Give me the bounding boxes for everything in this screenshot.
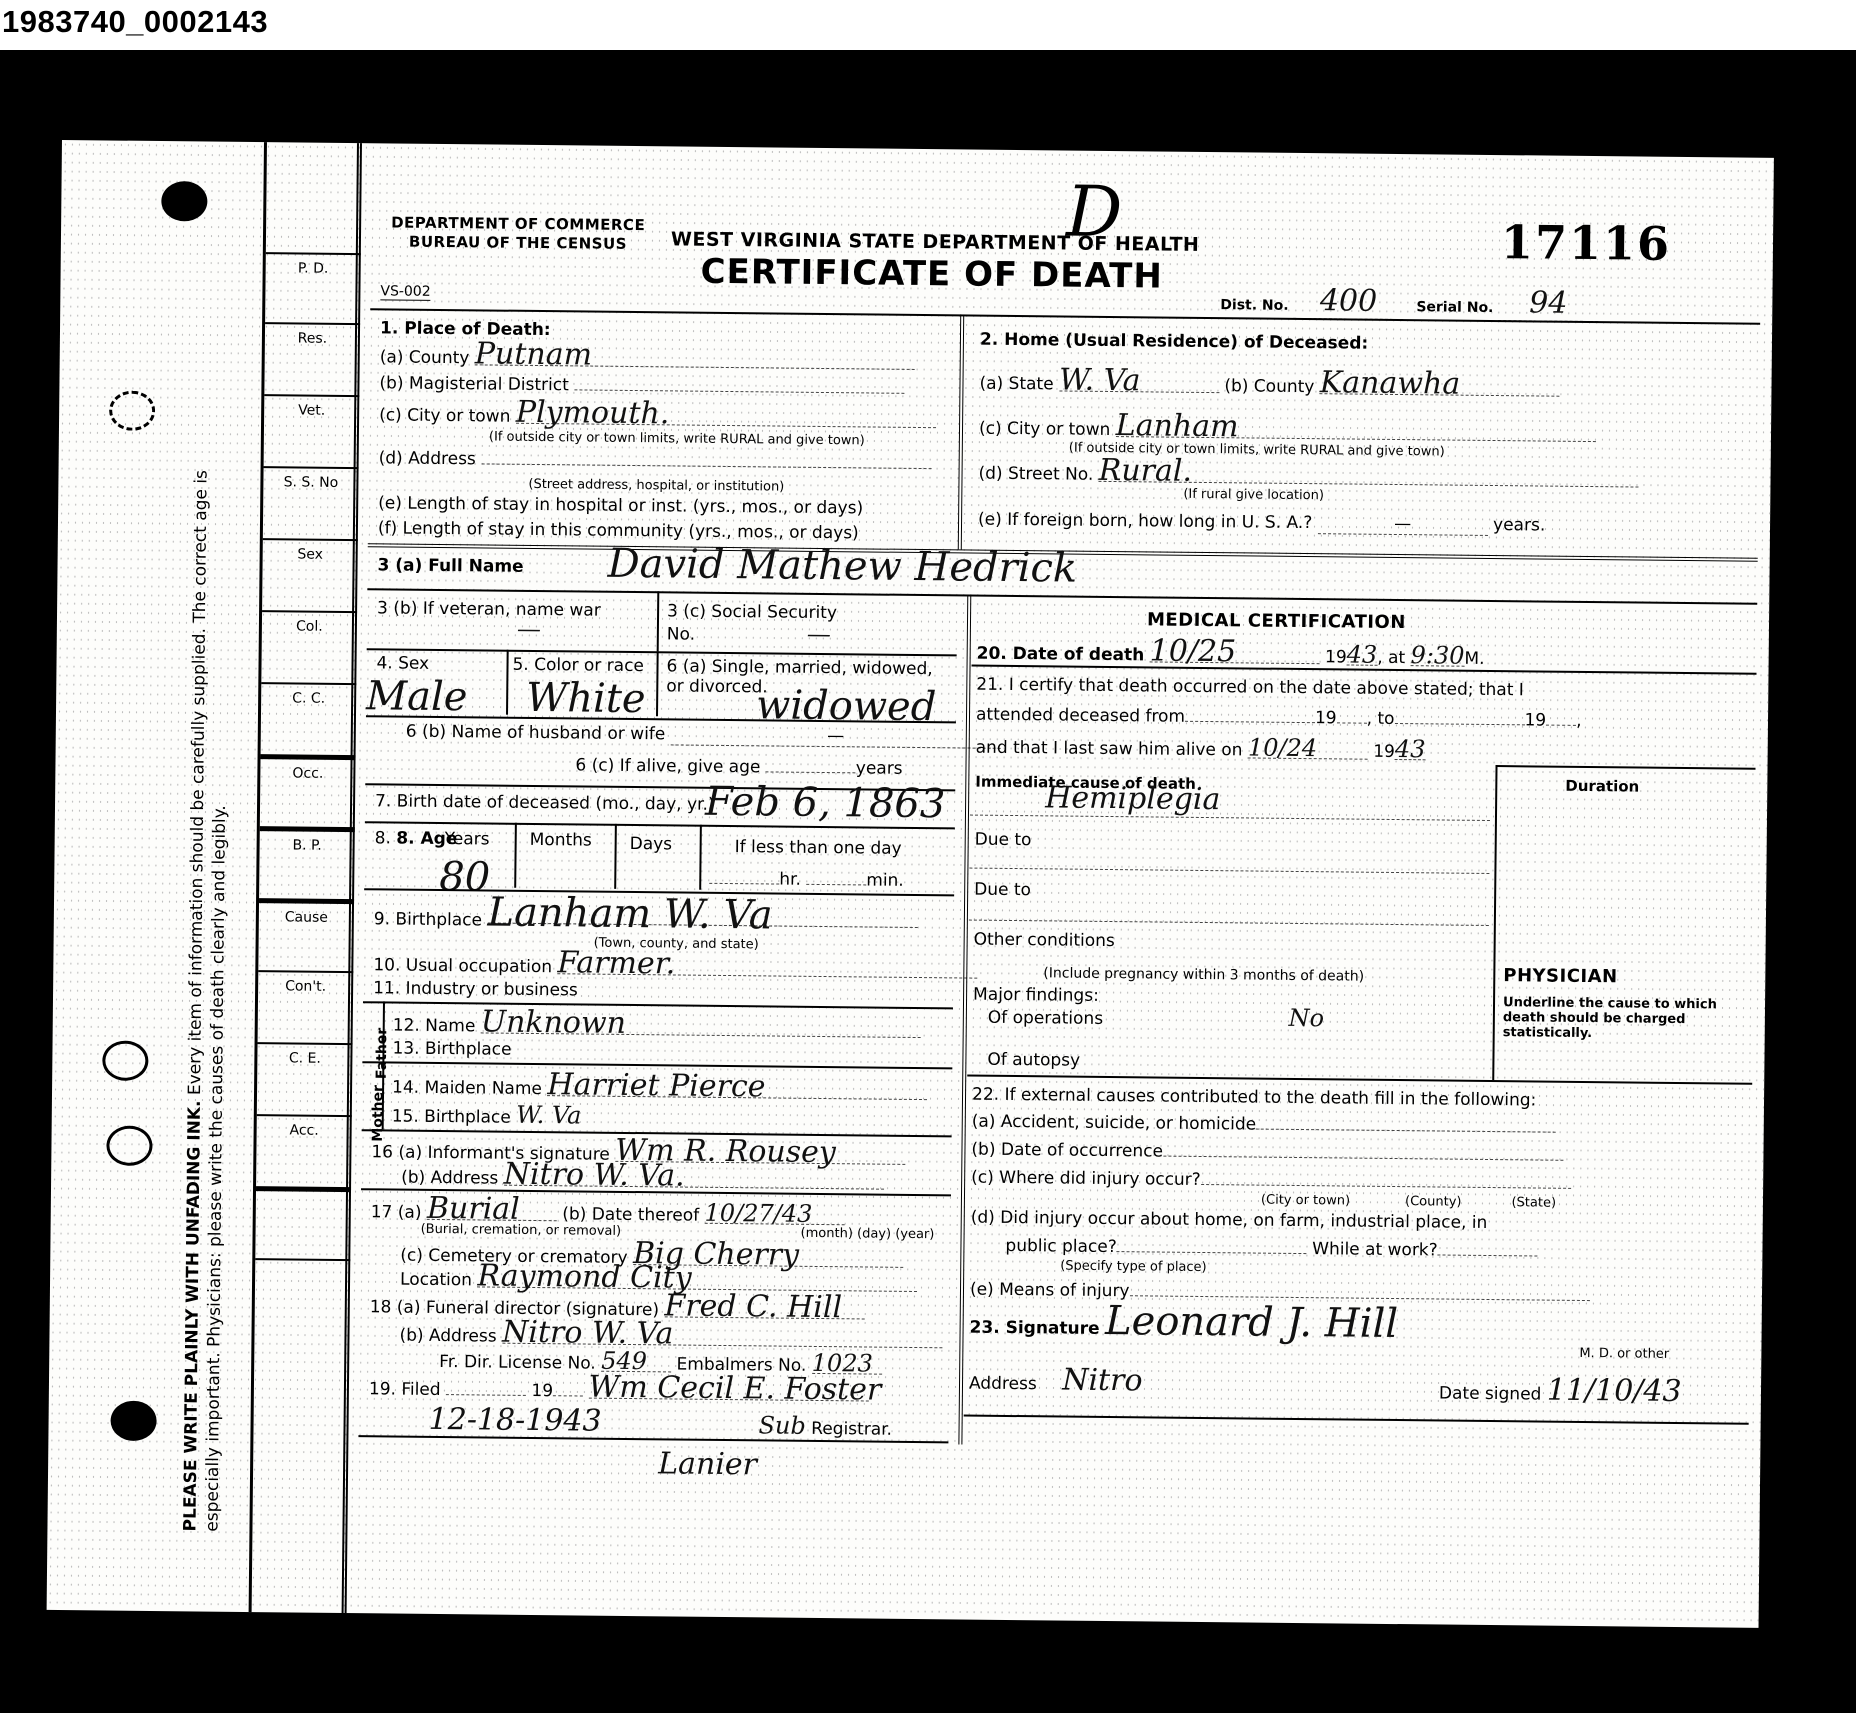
punch-hole-icon xyxy=(161,181,207,221)
death-city-field: (c) City or town Plymouth. xyxy=(379,401,936,431)
coding-column: P. D. Res. Vet. S. S. No Sex Col. C. C. … xyxy=(252,142,362,1613)
filed-date-value: 12-18-1943 xyxy=(428,1402,601,1439)
physician-address-field: Address Nitro xyxy=(969,1370,1143,1396)
funeral-director-address-field: (b) Address Nitro W. Va xyxy=(399,1322,942,1352)
code-cell: C. C. xyxy=(261,682,357,755)
code-cell: Con't. xyxy=(258,970,354,1043)
physician-signature-field: 23. Signature Leonard J. Hill xyxy=(970,1310,1399,1342)
code-cell: Col. xyxy=(261,610,357,683)
margin-instructions: PLEASE WRITE PLAINLY WITH UNFADING INK. … xyxy=(179,470,234,1532)
death-district-field: (b) Magisterial District xyxy=(379,373,904,398)
document-title: CERTIFICATE OF DEATH xyxy=(700,252,1163,297)
image-id: 1983740_0002143 xyxy=(2,4,268,40)
dist-no-value: 400 xyxy=(1293,283,1403,320)
code-cell xyxy=(255,1258,351,1331)
code-cell: Res. xyxy=(264,322,360,395)
form-body: DEPARTMENT OF COMMERCE BUREAU OF THE CEN… xyxy=(357,143,1767,1628)
immediate-cause-value: Hemiplegia xyxy=(1045,780,1221,817)
death-address-field: (d) Address xyxy=(379,448,932,474)
punch-hole-icon xyxy=(109,391,155,431)
home-foreign-field: (e) If foreign born, how long in U. S. A… xyxy=(978,510,1545,537)
death-county-field: (a) County Putnam xyxy=(380,343,915,373)
date-signed-field: Date signed 11/10/43 xyxy=(1439,1379,1682,1406)
home-street-field: (d) Street No. Rural. xyxy=(978,460,1638,491)
race-value: White xyxy=(526,675,646,722)
federal-department: DEPARTMENT OF COMMERCE BUREAU OF THE CEN… xyxy=(391,213,645,254)
informant-address-field: (b) Address Nitro W. Va. xyxy=(401,1164,884,1193)
medical-certification-heading: MEDICAL CERTIFICATION xyxy=(1147,609,1406,633)
form-number: VS-002 xyxy=(380,283,430,301)
birthplace-field: 9. Birthplace Lanham W. Va xyxy=(374,901,918,935)
occupation-field: 10. Usual occupation Farmer. xyxy=(373,951,977,981)
spouse-age-field: 6 (c) If alive, give age years xyxy=(575,755,902,778)
death-certificate: PLEASE WRITE PLAINLY WITH UNFADING INK. … xyxy=(47,140,1774,1628)
handwritten-mark: D xyxy=(1066,171,1123,254)
punch-hole-icon xyxy=(110,1401,156,1441)
certificate-number: 17116 xyxy=(1501,215,1672,271)
home-state-field: (a) State W. Va (b) County Kanawha xyxy=(979,370,1560,400)
full-name-value: David Mathew Hedrick xyxy=(607,541,1077,592)
code-cell: C. E. xyxy=(257,1042,353,1115)
punch-hole-icon xyxy=(102,1040,148,1080)
district-serial: Dist. No. 400 Serial No. 94 xyxy=(1220,282,1598,322)
code-cell: P. D. xyxy=(265,252,361,323)
code-cell: B. P. xyxy=(259,826,355,899)
code-cell: Sex xyxy=(262,538,358,611)
last-seen-field: and that I last saw him alive on 10/24 1… xyxy=(976,735,1426,763)
left-margin: PLEASE WRITE PLAINLY WITH UNFADING INK. … xyxy=(47,140,267,1612)
registrar-place-value: Lanier xyxy=(658,1446,757,1482)
mother-maiden-field: 14. Maiden Name Harriet Pierce xyxy=(392,1074,927,1104)
code-cell: Acc. xyxy=(256,1114,352,1187)
father-name-field: 12. Name Unknown xyxy=(393,1012,921,1042)
code-cell xyxy=(255,1186,351,1259)
code-cell: S. S. No xyxy=(263,466,359,539)
code-cell: Cause xyxy=(258,898,354,971)
image-header: 1983740_0002143 xyxy=(0,0,1856,50)
sex-value: Male xyxy=(366,673,468,720)
age-years-value: 80 xyxy=(439,854,490,901)
physician-heading: PHYSICIAN xyxy=(1503,965,1618,987)
code-cell: Vet. xyxy=(264,394,360,467)
serial-no-value: 94 xyxy=(1498,285,1598,322)
filed-field: 19. Filed 19 Wm Cecil E. Foster xyxy=(369,1375,869,1404)
punch-hole-icon xyxy=(106,1126,152,1166)
marital-value: widowed xyxy=(756,682,937,730)
operations-field: Of operations No xyxy=(988,1005,1324,1032)
birth-date-value: Feb 6, 1863 xyxy=(705,779,946,828)
mother-birthplace-field: 15. Birthplace W. Va xyxy=(392,1104,582,1129)
code-cell: Occ. xyxy=(260,754,356,827)
